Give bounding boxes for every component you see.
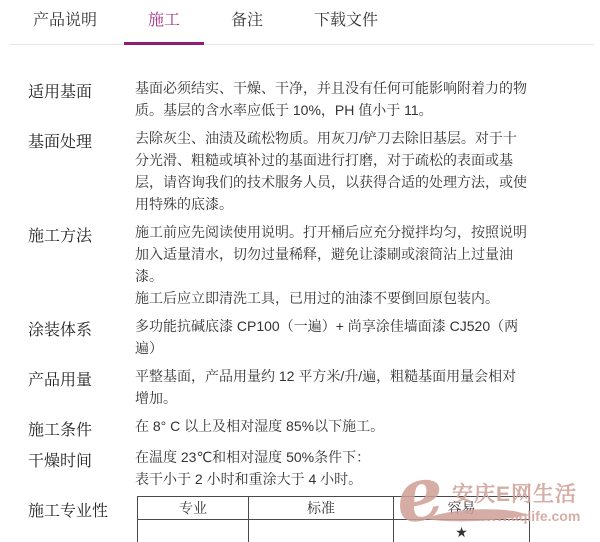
table-header-standard: 标准 (249, 497, 394, 520)
section-body: 基面必须结实、干燥、干净，并且没有任何可能影响附着力的物质。基层的含水率应低于 … (135, 77, 529, 121)
table-header-easy: 容易 (394, 497, 530, 520)
rating-star: ★ (394, 520, 530, 542)
section-body: 在 8° C 以上及相对湿度 85%以下施工。 (135, 415, 529, 440)
section-label: 施工条件 (28, 415, 135, 440)
tab-construction[interactable]: 施工 (148, 0, 180, 45)
professionalism-table: 专业 标准 容易 ★ (137, 496, 530, 542)
section-paragraph: 多功能抗碱底漆 CP100（一遍）+ 尚享涂佳墙面漆 CJ520（两遍） (135, 315, 529, 359)
section-applicable-substrate: 适用基面 基面必须结实、干燥、干净，并且没有任何可能影响附着力的物质。基层的含水… (28, 77, 600, 121)
section-label: 施工方法 (28, 221, 135, 309)
section-label: 基面处理 (28, 127, 135, 215)
table-row: ★ (138, 520, 530, 542)
section-product-consumption: 产品用量 平整基面，产品用量约 12 平方米/升/遍，粗糙基面用量会相对增加。 (28, 365, 600, 409)
section-label: 产品用量 (28, 365, 135, 409)
tab-notes[interactable]: 备注 (231, 0, 263, 45)
section-paragraph: 表干小于 2 小时和重涂大于 4 小时。 (135, 468, 529, 490)
section-body: 施工前应先阅读使用说明。打开桶后应充分搅拌均匀，按照说明加入适量清水，切勿过量稀… (135, 221, 529, 309)
tab-bar: 产品说明 施工 备注 下载文件 (0, 0, 600, 45)
table-cell (138, 520, 249, 542)
section-label: 干燥时间 (28, 446, 135, 490)
tab-downloads[interactable]: 下载文件 (314, 0, 378, 45)
table-cell (249, 520, 394, 542)
section-drying-time: 干燥时间 在温度 23℃和相对湿度 50%条件下： 表干小于 2 小时和重涂大于… (28, 446, 600, 490)
section-paragraph: 基面必须结实、干燥、干净，并且没有任何可能影响附着力的物质。基层的含水率应低于 … (135, 77, 529, 121)
section-paragraph: 施工前应先阅读使用说明。打开桶后应充分搅拌均匀，按照说明加入适量清水，切勿过量稀… (135, 221, 529, 287)
section-application-method: 施工方法 施工前应先阅读使用说明。打开桶后应充分搅拌均匀，按照说明加入适量清水，… (28, 221, 600, 309)
section-body: 在温度 23℃和相对湿度 50%条件下： 表干小于 2 小时和重涂大于 4 小时… (135, 446, 529, 490)
section-body: 去除灰尘、油渍及疏松物质。用灰刀/铲刀去除旧基层。对于十分光滑、粗糙或填补过的基… (135, 127, 529, 215)
section-label: 施工专业性 (28, 496, 135, 542)
section-body: 多功能抗碱底漆 CP100（一遍）+ 尚享涂佳墙面漆 CJ520（两遍） (135, 315, 529, 359)
section-paragraph: 去除灰尘、油渍及疏松物质。用灰刀/铲刀去除旧基层。对于十分光滑、粗糙或填补过的基… (135, 127, 529, 215)
section-paragraph: 在温度 23℃和相对湿度 50%条件下： (135, 446, 529, 468)
section-coating-system: 涂装体系 多功能抗碱底漆 CP100（一遍）+ 尚享涂佳墙面漆 CJ520（两遍… (28, 315, 600, 359)
section-label: 涂装体系 (28, 315, 135, 359)
product-detail-page: 产品说明 施工 备注 下载文件 适用基面 基面必须结实、干燥、干净，并且没有任何… (0, 0, 600, 542)
section-body: 专业 标准 容易 ★ (135, 496, 529, 542)
table-header-row: 专业 标准 容易 (138, 497, 530, 520)
tab-product-description[interactable]: 产品说明 (33, 0, 97, 45)
section-body: 平整基面，产品用量约 12 平方米/升/遍，粗糙基面用量会相对增加。 (135, 365, 529, 409)
section-professionalism: 施工专业性 专业 标准 容易 (28, 496, 600, 542)
section-surface-preparation: 基面处理 去除灰尘、油渍及疏松物质。用灰刀/铲刀去除旧基层。对于十分光滑、粗糙或… (28, 127, 600, 215)
section-paragraph: 平整基面，产品用量约 12 平方米/升/遍，粗糙基面用量会相对增加。 (135, 365, 529, 409)
table-header-professional: 专业 (138, 497, 249, 520)
construction-tab-content: 适用基面 基面必须结实、干燥、干净，并且没有任何可能影响附着力的物质。基层的含水… (0, 45, 600, 542)
section-application-conditions: 施工条件 在 8° C 以上及相对湿度 85%以下施工。 (28, 415, 600, 440)
section-label: 适用基面 (28, 77, 135, 121)
section-paragraph: 在 8° C 以上及相对湿度 85%以下施工。 (135, 415, 529, 437)
section-paragraph: 施工后应立即清洗工具，已用过的油漆不要倒回原包装内。 (135, 287, 529, 309)
